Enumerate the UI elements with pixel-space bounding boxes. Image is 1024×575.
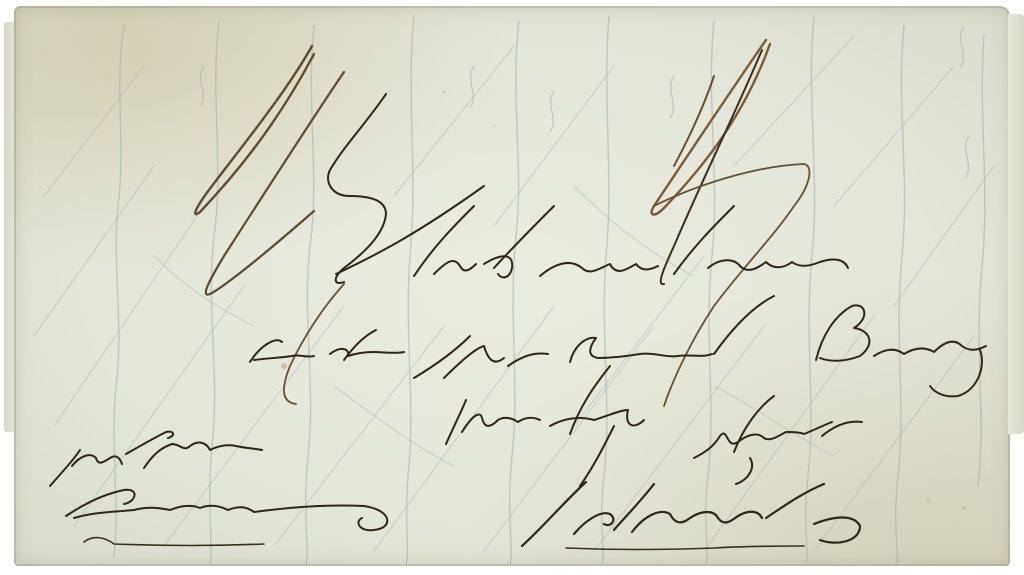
transcription: Miss Ann Bell care of Mr. Cathcart Berke…: [14, 6, 1010, 566]
cover-right-edge: [1008, 14, 1024, 434]
scan-background: Miss Ann Bell care of Mr. Cathcart Berke…: [0, 0, 1024, 575]
letter-cover: Miss Ann Bell care of Mr. Cathcart Berke…: [14, 6, 1010, 566]
